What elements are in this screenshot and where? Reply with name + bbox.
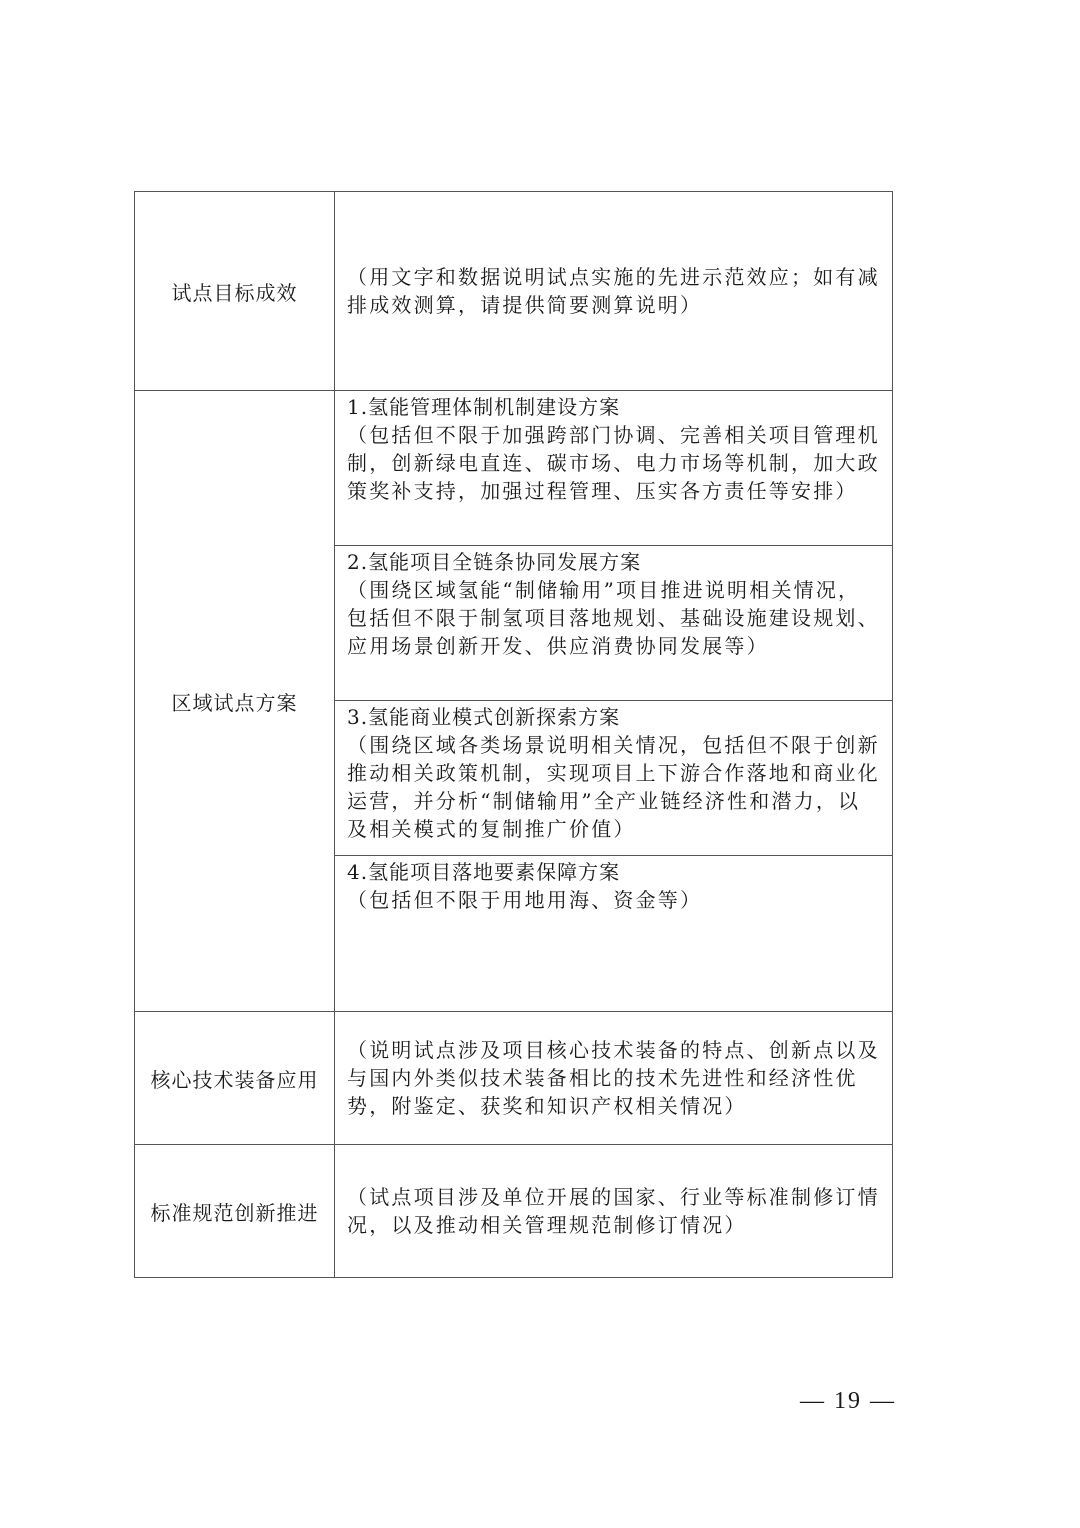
row-label: 区域试点方案	[135, 391, 335, 1012]
application-form-table: 试点目标成效 （用文字和数据说明试点实施的先进示范效应；如有减排成效测算，请提供…	[134, 191, 893, 1278]
row-label: 核心技术装备应用	[135, 1012, 335, 1145]
subsection-3: 3.氢能商业模式创新探索方案 （围绕区域各类场景说明相关情况，包括但不限于创新推…	[335, 701, 893, 856]
table-row-pilot-goals: 试点目标成效 （用文字和数据说明试点实施的先进示范效应；如有减排成效测算，请提供…	[135, 192, 893, 391]
subsection-1: 1.氢能管理体制机制建设方案 （包括但不限于加强跨部门协调、完善相关项目管理机制…	[335, 391, 893, 546]
row-content: （说明试点涉及项目核心技术装备的特点、创新点以及与国内外类似技术装备相比的技术先…	[335, 1012, 893, 1145]
subsection-title: 4.氢能项目落地要素保障方案	[347, 858, 882, 886]
subsection-title: 2.氢能项目全链条协同发展方案	[347, 548, 882, 576]
table-row-standards: 标准规范创新推进 （试点项目涉及单位开展的国家、行业等标准制修订情况，以及推动相…	[135, 1145, 893, 1278]
page-number: — 19 —	[800, 1388, 896, 1415]
row-label: 标准规范创新推进	[135, 1145, 335, 1278]
subsection-2: 2.氢能项目全链条协同发展方案 （围绕区域氢能“制储输用”项目推进说明相关情况，…	[335, 546, 893, 701]
subsection-desc: （包括但不限于用地用海、资金等）	[347, 886, 882, 914]
subsection-title: 3.氢能商业模式创新探索方案	[347, 703, 882, 731]
subsection-desc: （围绕区域各类场景说明相关情况，包括但不限于创新推动相关政策机制，实现项目上下游…	[347, 731, 882, 843]
subsection-desc: （围绕区域氢能“制储输用”项目推进说明相关情况，包括但不限于制氢项目落地规划、基…	[347, 576, 882, 660]
subsection-4: 4.氢能项目落地要素保障方案 （包括但不限于用地用海、资金等）	[335, 856, 893, 1012]
subsection-title: 1.氢能管理体制机制建设方案	[347, 393, 882, 421]
row-content: （试点项目涉及单位开展的国家、行业等标准制修订情况，以及推动相关管理规范制修订情…	[335, 1145, 893, 1278]
table-row-regional-plan: 区域试点方案 1.氢能管理体制机制建设方案 （包括但不限于加强跨部门协调、完善相…	[135, 391, 893, 546]
subsection-desc: （包括但不限于加强跨部门协调、完善相关项目管理机制，创新绿电直连、碳市场、电力市…	[347, 421, 882, 505]
table-row-core-tech: 核心技术装备应用 （说明试点涉及项目核心技术装备的特点、创新点以及与国内外类似技…	[135, 1012, 893, 1145]
row-label: 试点目标成效	[135, 192, 335, 391]
row-content: （用文字和数据说明试点实施的先进示范效应；如有减排成效测算，请提供简要测算说明）	[335, 192, 893, 391]
